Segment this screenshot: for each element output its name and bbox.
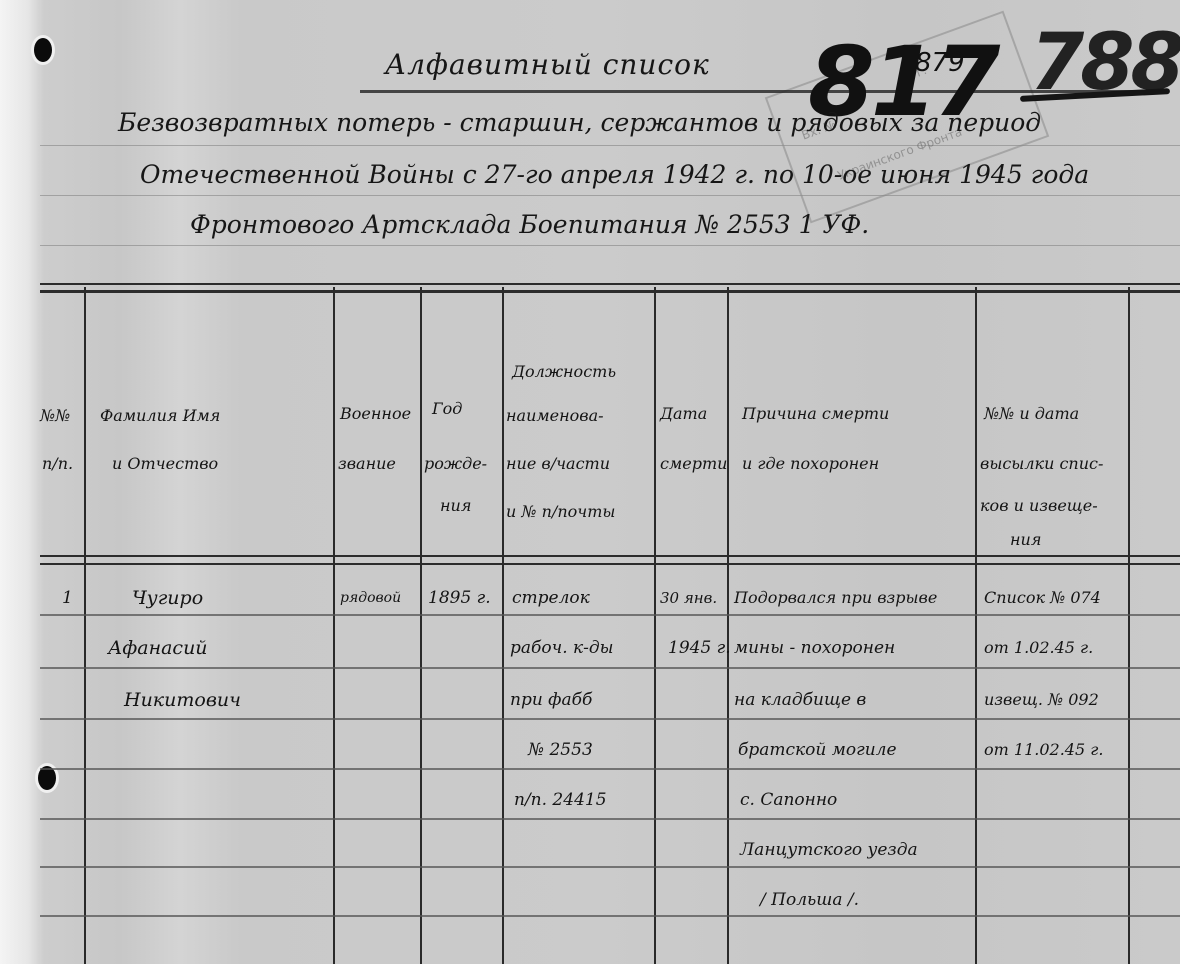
cell-cause-burial: мины - похоронен bbox=[734, 624, 895, 672]
cell-position: п/п. 24415 bbox=[514, 776, 607, 824]
header-cause-burial: и где похоронен bbox=[742, 440, 879, 488]
row-rule bbox=[40, 818, 1180, 820]
header-position: Должность bbox=[512, 348, 616, 396]
header-birth-year: ния bbox=[440, 482, 471, 530]
header-name: Фамилия Имя bbox=[100, 392, 220, 440]
header-rank: Военное bbox=[340, 390, 411, 438]
cell-rank: рядовой bbox=[340, 574, 401, 622]
header-death-date: Дата bbox=[660, 390, 707, 438]
column-divider bbox=[502, 287, 504, 964]
cell-position: рабоч. к-ды bbox=[510, 624, 614, 672]
header-separator bbox=[40, 555, 1180, 557]
column-divider bbox=[420, 287, 422, 964]
header-separator bbox=[40, 563, 1180, 565]
row-rule bbox=[40, 866, 1180, 868]
header-cause-burial: Причина смерти bbox=[742, 390, 889, 438]
header-num: п/п. bbox=[42, 440, 73, 488]
header-birth-year: рожде- bbox=[424, 440, 487, 488]
cell-cause-burial: Ланцутского уезда bbox=[740, 826, 918, 874]
subtitle-line: Безвозвратных потерь - старшин, сержанто… bbox=[118, 108, 1041, 137]
cell-cause-burial: с. Сапонно bbox=[740, 776, 837, 824]
cell-notice: извещ. № 092 bbox=[984, 676, 1099, 724]
row-rule bbox=[40, 915, 1180, 917]
document-title: Алфавитный список bbox=[385, 48, 710, 81]
column-divider bbox=[1128, 287, 1130, 964]
header-birth-year: Год bbox=[432, 385, 462, 433]
column-divider bbox=[654, 287, 656, 964]
cell-first-name: Афанасий bbox=[108, 624, 208, 672]
cell-cause-burial: / Польша /. bbox=[760, 876, 859, 924]
cell-death-date: 30 янв. bbox=[660, 574, 717, 622]
subtitle-line: Фронтового Артсклада Боепитания № 2553 1… bbox=[190, 210, 869, 239]
header-position: наименова- bbox=[506, 392, 604, 440]
punch-hole bbox=[34, 38, 52, 62]
cell-notice: от 1.02.45 г. bbox=[984, 624, 1093, 672]
header-position: и № п/почты bbox=[506, 488, 615, 536]
archive-number-small: 879 bbox=[915, 48, 965, 78]
cell-death-date: 1945 г. bbox=[668, 624, 731, 672]
header-death-date: смерти bbox=[660, 440, 727, 488]
column-divider bbox=[333, 287, 335, 964]
cell-position: стрелок bbox=[512, 574, 590, 622]
header-position: ние в/части bbox=[506, 440, 610, 488]
subtitle-line: Отечественной Войны с 27-го апреля 1942 … bbox=[140, 160, 1089, 189]
cell-position: при фабб bbox=[510, 676, 592, 724]
table-top-rule bbox=[40, 290, 1180, 293]
header-num: №№ bbox=[40, 392, 70, 440]
cell-notice: Список № 074 bbox=[984, 574, 1101, 622]
cell-notice: от 11.02.45 г. bbox=[984, 726, 1103, 774]
cell-birth-year: 1895 г. bbox=[428, 574, 491, 622]
cell-position: № 2553 bbox=[528, 726, 593, 774]
column-divider bbox=[975, 287, 977, 964]
cell-cause-burial: на кладбище в bbox=[734, 676, 866, 724]
header-notice: высылки спис- bbox=[980, 440, 1103, 488]
ruled-line bbox=[40, 195, 1180, 196]
cell-num: 1 bbox=[62, 574, 73, 622]
cell-cause-burial: Подорвался при взрыве bbox=[734, 574, 937, 622]
cell-surname: Чугиро bbox=[132, 574, 203, 622]
cell-patronymic: Никитович bbox=[124, 676, 241, 724]
ruled-line bbox=[40, 245, 1180, 246]
header-notice: №№ и дата bbox=[984, 390, 1079, 438]
column-divider bbox=[84, 287, 86, 964]
cell-cause-burial: братской могиле bbox=[738, 726, 897, 774]
header-name: и Отчество bbox=[112, 440, 218, 488]
header-notice: ния bbox=[1010, 516, 1041, 564]
table-top-rule bbox=[40, 283, 1180, 285]
binding-margin bbox=[0, 0, 40, 964]
header-rank: звание bbox=[338, 440, 396, 488]
